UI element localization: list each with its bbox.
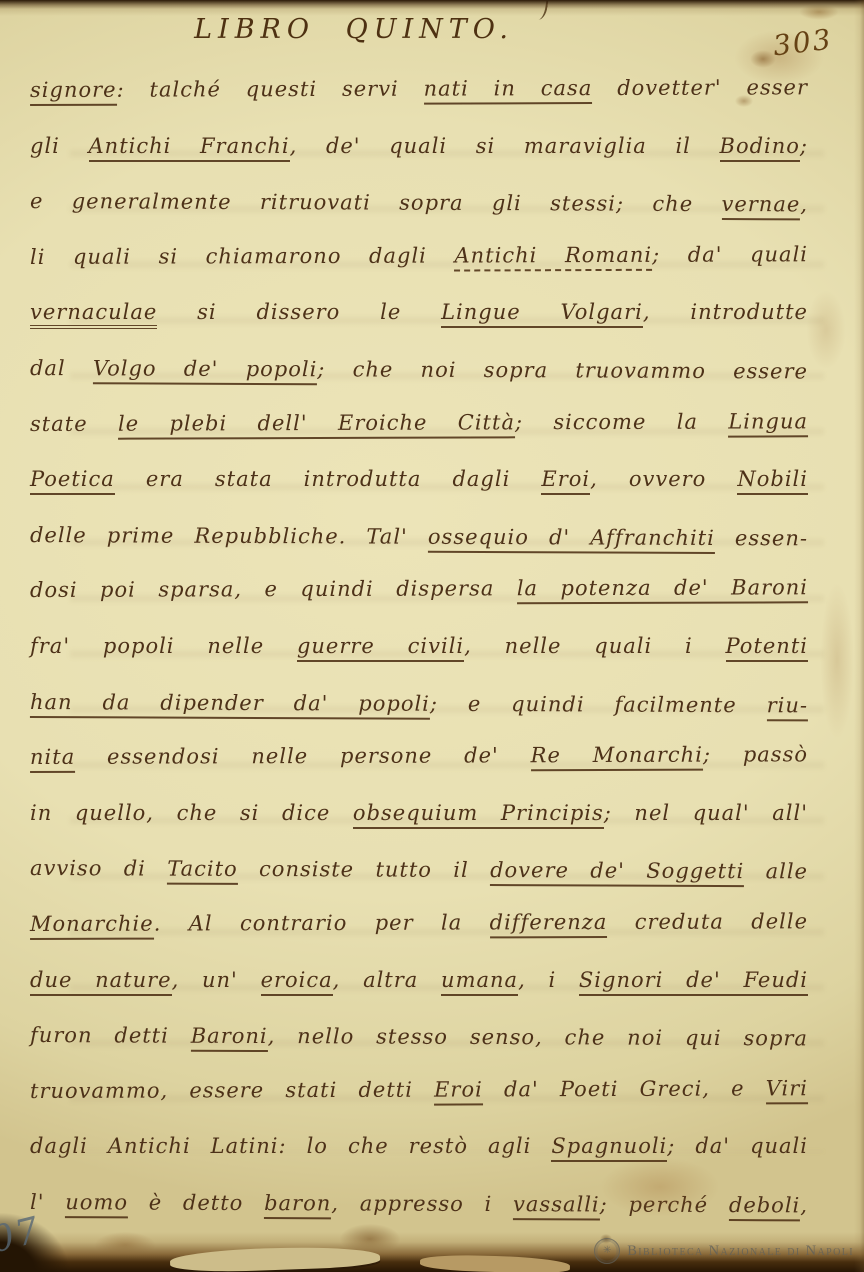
- page-edge-right: [854, 0, 864, 1272]
- manuscript-line: nita essendosi nelle persone de' Re Mona…: [30, 727, 808, 785]
- binding-edge-left: [0, 0, 26, 1272]
- library-stamp: ✳ Biblioteca Nazionale di Napoli: [594, 1238, 854, 1264]
- manuscript-line: delle prime Repubbliche. Tal' ossequio d…: [30, 508, 808, 567]
- stamp-label: Biblioteca Nazionale di Napoli: [627, 1243, 854, 1260]
- manuscript-line: Monarchie. Al contrario per la differenz…: [30, 894, 808, 952]
- manuscript-line: furon detti Baroni, nello stesso senso, …: [30, 1008, 808, 1067]
- manuscript-line: vernaculae si dissero le Lingue Volgari,…: [30, 285, 808, 341]
- manuscript-line: e generalmente ritruovati sopra gli stes…: [30, 174, 808, 233]
- manuscript-line: state le plebi dell' Eroiche Città; sicc…: [30, 394, 808, 452]
- manuscript-line: avviso di Tacito consiste tutto il dover…: [30, 841, 808, 900]
- library-emblem-icon: ✳: [594, 1238, 620, 1264]
- manuscript-line: dal Volgo de' popoli; che noi sopra truo…: [30, 341, 808, 400]
- manuscript-text: signore: talché questi servi nati in cas…: [30, 63, 808, 1230]
- manuscript-line: dosi poi sparsa, e quindi dispersa la po…: [30, 561, 808, 619]
- folio-number: 303: [771, 23, 834, 63]
- manuscript-line: due nature, un' eroica, altra umana, i S…: [30, 953, 808, 1009]
- page-header-title: LIBRO QUINTO.: [0, 14, 786, 45]
- manuscript-line: signore: talché questi servi nati in cas…: [30, 60, 808, 118]
- manuscript-page-scan: LIBRO QUINTO. 303 signore: talché questi…: [0, 0, 864, 1272]
- manuscript-line: han da dipender da' popoli; e quindi fac…: [30, 675, 808, 734]
- manuscript-line: truovammo, essere stati detti Eroi da' P…: [30, 1061, 808, 1119]
- manuscript-line: Poetica era stata introdutta dagli Eroi,…: [30, 452, 808, 508]
- manuscript-line: fra' popoli nelle guerre civili, nelle q…: [30, 619, 808, 675]
- manuscript-line: in quello, che si dice obsequium Princip…: [30, 786, 808, 842]
- manuscript-line: gli Antichi Franchi, de' quali si maravi…: [30, 119, 808, 175]
- manuscript-line: li quali si chiamarono dagli Antichi Rom…: [30, 227, 808, 285]
- manuscript-line: l' uomo è detto baron, appresso i vassal…: [30, 1175, 808, 1234]
- manuscript-line: dagli Antichi Latini: lo che restò agli …: [30, 1119, 808, 1175]
- page-edge-top: [0, 0, 864, 16]
- paper-stain: [820, 580, 854, 740]
